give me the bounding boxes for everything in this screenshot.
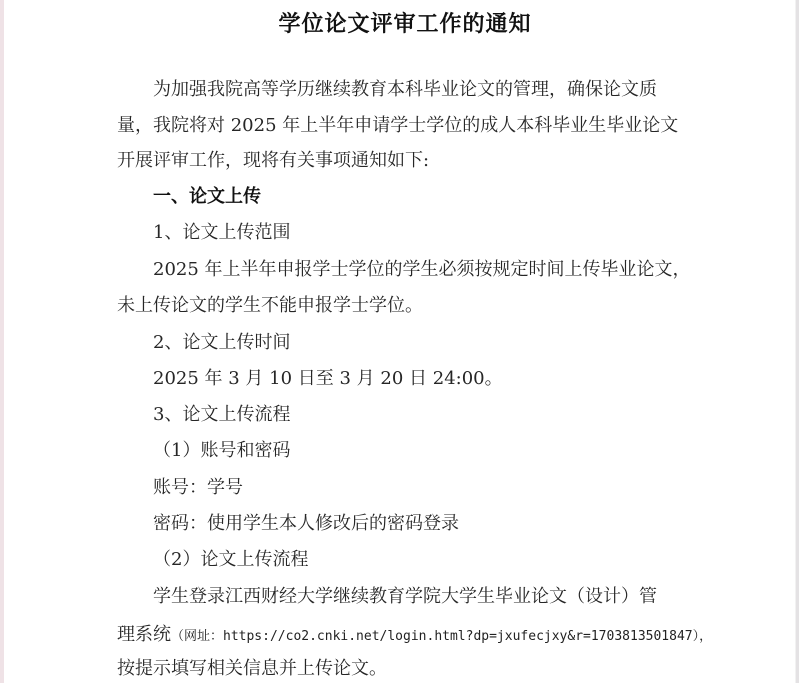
subsection-heading-process: 3、论文上传流程: [153, 403, 290, 427]
paragraph-line: 账号：学号: [153, 476, 243, 500]
paragraph-line: 量，我院将对 2025 年上半年申请学士学位的成人本科毕业生毕业论文: [117, 114, 678, 138]
document-title: 学位论文评审工作的通知: [4, 9, 799, 41]
item-heading-upload-process: （2）论文上传流程: [153, 548, 308, 572]
paragraph-line-with-url: 理系统（网址：https://co2.cnki.net/login.html?d…: [117, 623, 712, 649]
paragraph-line: 学生登录江西财经大学继续教育学院大学生毕业论文（设计）管: [153, 585, 657, 609]
paragraph-line: 2025 年上半年申报学士学位的学生必须按规定时间上传毕业论文，: [153, 258, 691, 282]
url-note: （网址：https://co2.cnki.net/login.html?dp=j…: [171, 629, 712, 644]
paragraph-line: 密码：使用学生本人修改后的密码登录: [153, 512, 459, 536]
subsection-heading-time: 2、论文上传时间: [153, 331, 290, 355]
section-heading-upload: 一、论文上传: [153, 185, 261, 209]
paragraph-line: 未上传论文的学生不能申报学士学位。: [117, 294, 423, 318]
item-heading-account: （1）账号和密码: [153, 439, 290, 463]
subsection-heading-scope: 1、论文上传范围: [153, 221, 290, 245]
document-page: 学位论文评审工作的通知 为加强我院高等学历继续教育本科毕业论文的管理，确保论文质…: [4, 0, 795, 683]
viewer-right-edge: [795, 0, 799, 683]
paragraph-line: 2025 年 3 月 10 日至 3 月 20 日 24:00。: [153, 367, 503, 391]
paragraph-line: 按提示填写相关信息并上传论文。: [117, 657, 387, 681]
paragraph-text: 理系统: [117, 624, 171, 645]
paragraph-line: 开展评审工作，现将有关事项通知如下:: [117, 149, 429, 173]
paragraph-line: 为加强我院高等学历继续教育本科毕业论文的管理，确保论文质: [153, 78, 657, 102]
